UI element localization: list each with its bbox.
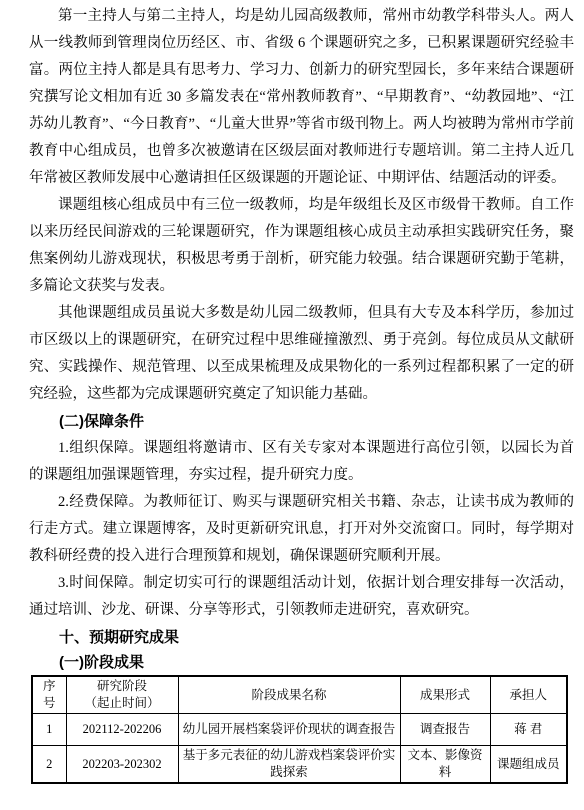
- subsection-heading-stage-results: (一)阶段成果: [29, 651, 574, 675]
- table-cell-result-name: 基于多元表征的幼儿游戏档案袋评价实践探索: [178, 746, 400, 784]
- stage-results-table: 序 号 研究阶段 （起止时间） 阶段成果名称 成果形式 承担人 1 202112…: [31, 675, 568, 784]
- body-paragraph-hosts: 第一主持人与第二主持人，均是幼儿园高级教师，常州市幼教学科带头人。两人从一线教师…: [29, 3, 574, 192]
- section-heading-support-conditions: (二)保障条件: [29, 408, 574, 435]
- table-row: 2 202203-202302 基于多元表征的幼儿游戏档案袋评价实践探索 文本、…: [32, 746, 567, 784]
- table-cell-result-name: 幼儿园开展档案袋评价现状的调查报告: [178, 714, 400, 746]
- table-cell-result-form: 调查报告: [400, 714, 490, 746]
- table-cell-undertaker: 课题组成员: [490, 746, 567, 784]
- table-cell-phase: 202203-202302: [66, 746, 178, 784]
- table-header-cell-phase: 研究阶段 （起止时间）: [66, 676, 178, 714]
- table-header-cell-result-form: 成果形式: [400, 676, 490, 714]
- table-cell-no: 1: [32, 714, 66, 746]
- section-heading-expected-results: 十、预期研究成果: [29, 624, 574, 651]
- body-paragraph-time-support: 3.时间保障。制定切实可行的课题组活动计划，依据计划合理安排每一次活动，通过培训…: [29, 570, 574, 624]
- document-page: 第一主持人与第二主持人，均是幼儿园高级教师，常州市幼教学科带头人。两人从一线教师…: [0, 0, 584, 810]
- table-row: 1 202112-202206 幼儿园开展档案袋评价现状的调查报告 调查报告 蒋…: [32, 714, 567, 746]
- table-header-row: 序 号 研究阶段 （起止时间） 阶段成果名称 成果形式 承担人: [32, 676, 567, 714]
- body-paragraph-fund-support: 2.经费保障。为教师征订、购买与课题研究相关书籍、杂志，让读书成为教师的行走方式…: [29, 489, 574, 570]
- table-header-cell-no: 序 号: [32, 676, 66, 714]
- body-paragraph-core-members: 课题组核心组成员中有三位一级教师，均是年级组长及区市级骨干教师。自工作以来历经民…: [29, 192, 574, 300]
- table-cell-undertaker: 蒋 君: [490, 714, 567, 746]
- table-header-cell-undertaker: 承担人: [490, 676, 567, 714]
- table-cell-phase: 202112-202206: [66, 714, 178, 746]
- body-paragraph-other-members: 其他课题组成员虽说大多数是幼儿园二级教师，但具有大专及本科学历，参加过市区级以上…: [29, 300, 574, 408]
- body-paragraph-org-support: 1.组织保障。课题组将邀请市、区有关专家对本课题进行高位引领，以园长为首的课题组…: [29, 435, 574, 489]
- table-cell-no: 2: [32, 746, 66, 784]
- table-header-cell-result-name: 阶段成果名称: [178, 676, 400, 714]
- table-cell-result-form: 文本、影像资料: [400, 746, 490, 784]
